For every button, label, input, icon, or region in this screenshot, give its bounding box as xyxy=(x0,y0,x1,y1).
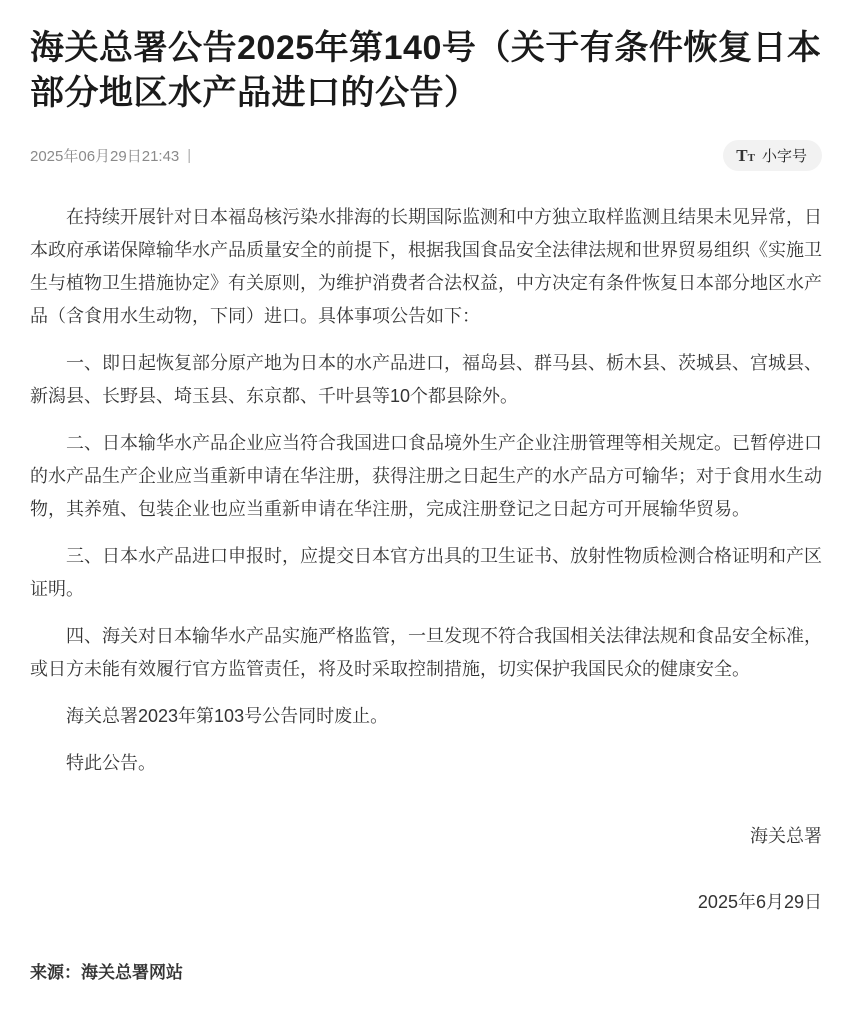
publish-time-wrap: 2025年06月29日21:43 | xyxy=(30,145,191,166)
meta-separator: | xyxy=(187,147,191,164)
text-size-icon-large-t: T xyxy=(736,147,747,164)
text-size-icon-small-t: T xyxy=(748,153,755,164)
paragraph-closing: 特此公告。 xyxy=(30,747,822,780)
article-body: 在持续开展针对日本福岛核污染水排海的长期国际监测和中方独立取样监测且结果未见异常… xyxy=(30,201,822,780)
signature-date: 2025年6月29日 xyxy=(30,888,822,914)
text-size-icon: TT xyxy=(736,147,755,164)
signature-agency: 海关总署 xyxy=(30,822,822,848)
font-size-button[interactable]: TT 小字号 xyxy=(723,140,822,171)
paragraph-repeal: 海关总署2023年第103号公告同时废止。 xyxy=(30,700,822,733)
page-title: 海关总署公告2025年第140号（关于有条件恢复日本部分地区水产品进口的公告） xyxy=(30,26,822,116)
font-size-button-label: 小字号 xyxy=(762,145,807,166)
paragraph-item-2: 二、日本输华水产品企业应当符合我国进口食品境外生产企业注册管理等相关规定。已暂停… xyxy=(30,427,822,526)
meta-row: 2025年06月29日21:43 | TT 小字号 xyxy=(30,140,822,171)
publish-time: 2025年06月29日21:43 xyxy=(30,145,179,166)
paragraph-intro: 在持续开展针对日本福岛核污染水排海的长期国际监测和中方独立取样监测且结果未见异常… xyxy=(30,201,822,333)
announcement-page: 海关总署公告2025年第140号（关于有条件恢复日本部分地区水产品进口的公告） … xyxy=(0,0,852,1009)
source-line: 来源：海关总署网站 xyxy=(30,958,822,983)
paragraph-item-4: 四、海关对日本输华水产品实施严格监管，一旦发现不符合我国相关法律法规和食品安全标… xyxy=(30,620,822,686)
paragraph-item-3: 三、日本水产品进口申报时，应提交日本官方出具的卫生证书、放射性物质检测合格证明和… xyxy=(30,540,822,606)
paragraph-item-1: 一、即日起恢复部分原产地为日本的水产品进口，福岛县、群马县、栃木县、茨城县、宫城… xyxy=(30,347,822,413)
